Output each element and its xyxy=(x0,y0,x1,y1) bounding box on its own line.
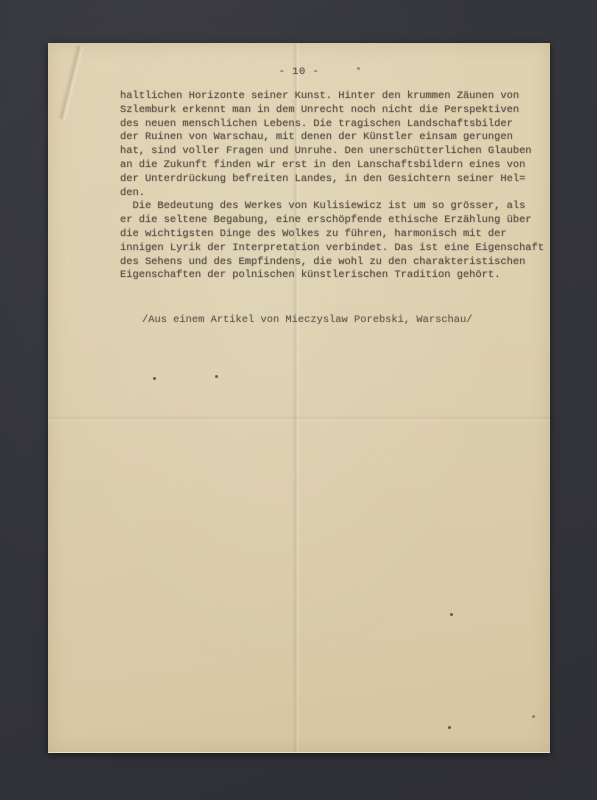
text-line: Szlemburk erkennt man in dem Unrecht noc… xyxy=(120,104,550,118)
text-line: des Sehens und des Empfindens, die wohl … xyxy=(120,256,550,270)
paper-speck xyxy=(448,726,451,729)
page-number: - 10 - xyxy=(48,66,550,78)
text-line: den. xyxy=(120,187,550,201)
paper-speck xyxy=(215,375,218,378)
attribution-line: /Aus einem Artikel von Mieczyslaw Porebs… xyxy=(142,314,472,326)
paper-speck xyxy=(153,377,156,380)
paper-speck xyxy=(450,613,453,616)
horizontal-fold-crease xyxy=(48,415,550,422)
text-line: die wichtigsten Dinge des Wolkes zu führ… xyxy=(120,228,550,242)
text-line: der Ruinen von Warschau, mit denen der K… xyxy=(120,131,550,145)
typewritten-text-block: haltlichen Horizonte seiner Kunst. Hinte… xyxy=(120,90,550,283)
text-line: an die Zukunft finden wir erst in den La… xyxy=(120,159,550,173)
text-line: er die seltene Begabung, eine erschöpfen… xyxy=(120,214,550,228)
text-line: hat, sind voller Fragen und Unruhe. Den … xyxy=(120,145,550,159)
photo-mat-background: - 10 - haltlichen Horizonte seiner Kunst… xyxy=(0,0,597,800)
text-line: Die Bedeutung des Werkes von Kulisiewicz… xyxy=(120,200,550,214)
text-line: der Unterdrückung befreiten Landes, in d… xyxy=(120,173,550,187)
text-line: innigen Lyrik der Interpretation verbind… xyxy=(120,242,550,256)
corner-crease xyxy=(57,45,85,120)
text-line: haltlichen Horizonte seiner Kunst. Hinte… xyxy=(120,90,550,104)
document-page: - 10 - haltlichen Horizonte seiner Kunst… xyxy=(48,43,550,753)
paper-speck xyxy=(532,715,535,718)
text-line: Eigenschaften der polnischen künstlerisc… xyxy=(120,269,550,283)
text-line: des neuen menschlichen Lebens. Die tragi… xyxy=(120,118,550,132)
